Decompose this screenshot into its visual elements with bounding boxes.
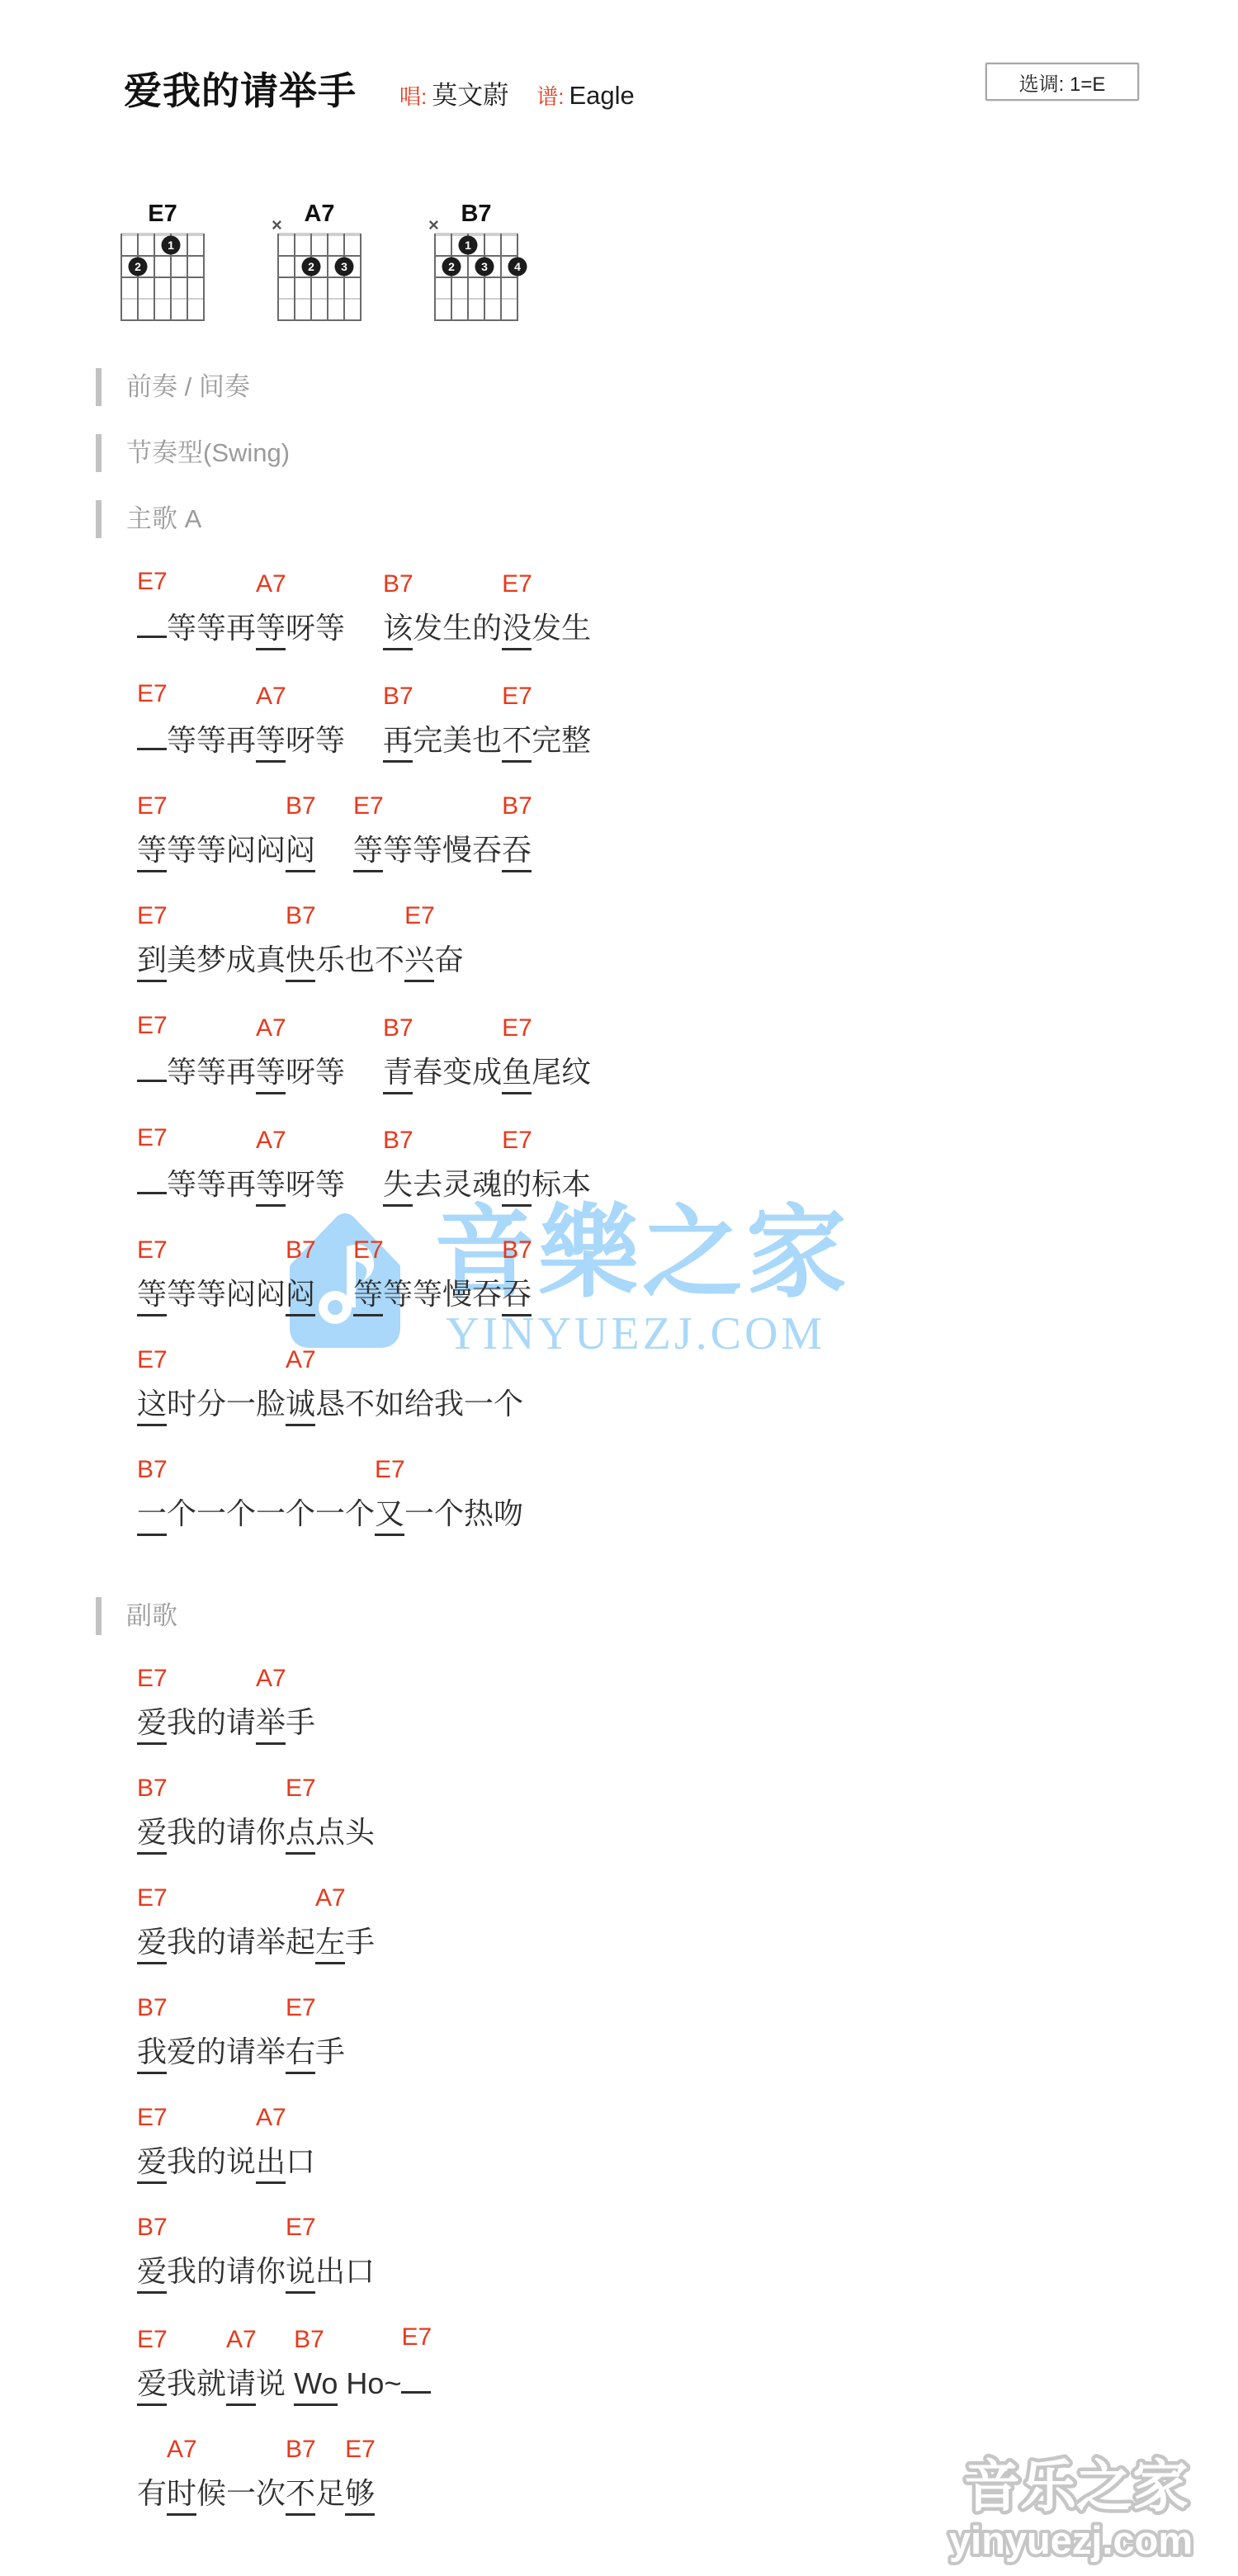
lyric-segment: 恳不如给我一个 <box>315 1386 523 1422</box>
chord-label: A7 <box>167 2437 197 2462</box>
lyric-segment: 没E7 <box>502 610 532 650</box>
lyric-segment: 爱的请举 <box>167 2034 286 2070</box>
chord-label: E7 <box>353 1238 384 1263</box>
lyric-segment: 右E7 <box>286 2034 315 2074</box>
lyric-segment: 爱B7 <box>137 2253 167 2294</box>
lyric-segment: 等A7 <box>256 1166 286 1207</box>
watermark-corner-domain: yinyuezj.com <box>949 2518 1193 2562</box>
lyric-segment: E7 <box>137 720 167 750</box>
lyric-segment: 呀等 <box>286 1054 345 1090</box>
lyric-segment <box>345 630 383 638</box>
lyric-segment: 标本 <box>532 1166 591 1203</box>
lyric-segment: 我就 <box>167 2366 226 2402</box>
lyric-segment: 不B7 <box>286 2475 315 2516</box>
chord-label: E7 <box>137 904 168 929</box>
chord-label: B7 <box>286 794 316 819</box>
lyric-segment: 一B7 <box>137 1496 167 1536</box>
chord-label: A7 <box>315 1886 346 1911</box>
lyric-segment <box>315 852 353 860</box>
lyric-segment: 等A7 <box>256 1054 286 1094</box>
chord-label: E7 <box>502 1128 532 1153</box>
singer-name: 莫文蔚 <box>432 74 508 111</box>
lyric-segment: 请A7 <box>226 2366 256 2406</box>
chord-label: A7 <box>256 684 286 709</box>
section-label: 主歌 A <box>96 500 1238 538</box>
chord-label: B7 <box>137 1996 168 2021</box>
lyric-segment <box>315 1296 353 1304</box>
lyric-segment: 发生 <box>532 610 591 646</box>
lyric-segment: 等等再 <box>167 1166 256 1203</box>
lyric-segment: 我的请你 <box>167 1814 286 1850</box>
lyric-segment: 等A7 <box>256 610 286 650</box>
chord-label: B7 <box>137 2215 168 2240</box>
finger-number: 3 <box>481 260 488 273</box>
chord-label: B7 <box>286 2437 316 2462</box>
chord-label: E7 <box>286 1776 316 1801</box>
muted-string-marker: × <box>428 215 439 235</box>
lyric-segment: 呀等 <box>286 722 345 759</box>
lyric-segment: 青B7 <box>383 1054 413 1094</box>
lyric-segment: 的E7 <box>502 1166 532 1207</box>
lyric-segment: 乐也不 <box>315 942 404 978</box>
finger-number: 1 <box>168 239 174 252</box>
lyric-segment <box>345 1074 383 1082</box>
chord-diagram-label: E7 <box>148 201 177 227</box>
chord-label: E7 <box>404 904 435 929</box>
chord-label: E7 <box>502 684 532 709</box>
lyric-segment: 足 <box>315 2475 345 2512</box>
chord-label: B7 <box>294 2328 324 2352</box>
lyric-segment: 个一个一个一个 <box>167 1496 375 1532</box>
credits: 唱: 莫文蔚 谱: Eagle <box>399 74 635 111</box>
lyric-segment: E7 <box>137 607 167 638</box>
lyric-segment: 呀等 <box>286 610 345 646</box>
finger-number: 1 <box>465 239 471 252</box>
lyric-segment: 呀等 <box>286 1166 345 1203</box>
lyric-line: E7等等再等A7呀等再B7完美也不E7完整 <box>137 680 1238 763</box>
lyric-segment: 尾纹 <box>532 1054 591 1090</box>
lyric-line: 一B7个一个一个一个又E7一个热吻 <box>137 1456 1238 1536</box>
finger-number: 2 <box>448 260 455 273</box>
lyric-segment: 等等闷闷 <box>167 832 286 868</box>
lyric-segment: 点头 <box>315 1814 375 1850</box>
lyric-segment: 又E7 <box>375 1496 404 1536</box>
chord-label: E7 <box>502 572 532 597</box>
lyric-segment: 说E7 <box>286 2253 315 2294</box>
chord-label: E7 <box>401 2325 432 2350</box>
chord-label: A7 <box>256 2106 286 2130</box>
chord-label: B7 <box>286 1238 316 1263</box>
lyric-segment: 我的请 <box>167 1704 256 1741</box>
singer-label: 唱: <box>399 80 427 111</box>
lyric-segment: 候一次 <box>196 2475 286 2512</box>
lyric-segment: 完整 <box>532 722 591 759</box>
lyric-segment: 等等再 <box>167 722 256 759</box>
lyric-segment: 我的说 <box>167 2144 256 2180</box>
chord-label: B7 <box>137 1776 168 1801</box>
lyric-segment: 等等再 <box>167 1054 256 1090</box>
lyric-segment: 爱E7 <box>137 1924 167 1964</box>
chord-label: E7 <box>137 1126 168 1151</box>
chord-label: A7 <box>226 2328 257 2352</box>
chord-label: A7 <box>256 1666 286 1691</box>
lyric-segment: 等等慢吞 <box>383 832 502 868</box>
chord-label: B7 <box>137 1458 168 1482</box>
lyric-segment: 点E7 <box>286 1814 315 1855</box>
chord-label: E7 <box>137 1238 168 1263</box>
lyric-line: 爱B7我的请你点E7点头 <box>137 1775 1238 1855</box>
lyric-line: E7等等再等A7呀等失B7去灵魂的E7标本 <box>137 1124 1238 1207</box>
lyric-line: 爱E7我的请举A7手 <box>137 1665 1238 1745</box>
lyric-segment: 这E7 <box>137 1386 167 1426</box>
chord-label: E7 <box>375 1458 405 1482</box>
chord-label: E7 <box>286 2215 316 2240</box>
lyric-segment <box>345 742 383 750</box>
lyric-segment: 该B7 <box>383 610 413 650</box>
chord-diagram-a7: A7×23 <box>270 198 374 340</box>
chord-label: E7 <box>137 2328 168 2352</box>
tabber-label: 谱: <box>536 80 564 111</box>
lyric-segment: 手 <box>345 1924 375 1960</box>
lyric-segment: 鱼E7 <box>502 1054 532 1094</box>
chord-sheet-page: 音樂之家 YINYUEZJ.COM 音乐之家 yinyuezj.com 爱我的请… <box>0 0 1238 2576</box>
lyric-segment: 口 <box>286 2144 315 2180</box>
lyric-segment: 有 <box>137 2475 167 2512</box>
lyric-segment: 说 <box>256 2366 294 2402</box>
chord-label: A7 <box>286 1348 316 1373</box>
chord-label: E7 <box>137 2106 168 2130</box>
header: 爱我的请举手 唱: 莫文蔚 谱: Eagle <box>124 0 1238 116</box>
lyric-segment: 等A7 <box>256 722 286 763</box>
lyric-segment: 闷B7 <box>286 832 315 872</box>
chord-label: E7 <box>345 2437 376 2462</box>
lyric-line: 爱B7我的请你说E7出口 <box>137 2214 1238 2294</box>
chord-diagram-e7: E712 <box>113 198 217 340</box>
lyric-segment: 吞B7 <box>502 1276 532 1316</box>
chord-diagram-label: B7 <box>461 201 491 227</box>
chord-label: E7 <box>137 1666 168 1691</box>
lyric-segment: 诚A7 <box>286 1386 315 1426</box>
lyric-line: 我B7爱的请举右E7手 <box>137 1994 1238 2074</box>
lyric-line: 等E7等等闷闷闷B7等E7等等慢吞吞B7 <box>137 792 1238 872</box>
song-title: 爱我的请举手 <box>124 61 357 116</box>
chord-label: B7 <box>502 794 532 819</box>
chord-label: E7 <box>137 570 168 594</box>
singer-credit: 唱: 莫文蔚 <box>399 74 508 111</box>
lyric-segment: 等E7 <box>137 1276 167 1316</box>
chord-diagram-b7: B7×1234 <box>427 198 531 340</box>
lyric-segment: E7 <box>137 1164 167 1194</box>
lyric-segment: 完美也 <box>413 722 502 759</box>
lyric-segment: WoB7 <box>294 2366 338 2406</box>
finger-number: 2 <box>135 260 141 273</box>
lyric-segment: 举A7 <box>256 1704 286 1745</box>
lyric-line: 到E7美梦成真快B7乐也不兴E7奋 <box>137 902 1238 982</box>
lyric-segment: 不E7 <box>502 722 532 763</box>
chord-label: E7 <box>353 794 384 819</box>
lyric-segment: E7 <box>137 1052 167 1082</box>
chord-diagrams: E712A7×23B7×1234 <box>113 198 1238 340</box>
finger-number: 2 <box>308 260 314 273</box>
lyric-segment: 出口 <box>315 2253 375 2290</box>
lyric-segment: 爱E7 <box>137 1704 167 1745</box>
section-label: 副歌 <box>96 1597 1238 1635</box>
lyric-line: 爱E7我的说出A7口 <box>137 2104 1238 2184</box>
lyric-line: E7等等再等A7呀等该B7发生的没E7发生 <box>137 568 1238 650</box>
chord-label: E7 <box>137 1886 168 1911</box>
chord-label: A7 <box>256 572 286 597</box>
lyric-segment: 爱B7 <box>137 1814 167 1855</box>
chord-label: B7 <box>502 1238 532 1263</box>
lyric-line: 有时A7候一次不B7足够E7 <box>137 2436 1238 2516</box>
lyric-line: 这E7时分一脸诚A7恳不如给我一个 <box>137 1346 1238 1426</box>
lyric-segment: 失B7 <box>383 1166 413 1207</box>
lyric-segment: 等等慢吞 <box>383 1276 502 1312</box>
lyric-segment: 吞B7 <box>502 832 532 872</box>
lyric-segment: 等E7 <box>137 832 167 872</box>
lyric-segment: 爱E7 <box>137 2366 167 2406</box>
section-label: 前奏 / 间奏 <box>96 368 1238 406</box>
lyric-segment: 再B7 <box>383 722 413 763</box>
chord-label: A7 <box>256 1128 286 1153</box>
lyric-segment: 等E7 <box>353 832 383 872</box>
muted-string-marker: × <box>272 215 282 235</box>
chord-label: E7 <box>502 1016 532 1041</box>
lyric-segment: 一个热吻 <box>404 1496 523 1532</box>
lyric-segment: 出A7 <box>256 2144 286 2184</box>
chord-label: B7 <box>286 904 316 929</box>
lyric-segment: 等等再 <box>167 610 256 646</box>
lyric-segment: 快B7 <box>286 942 315 982</box>
lyric-line: 爱E7我的请举起左A7手 <box>137 1884 1238 1964</box>
lyric-segment: 时A7 <box>167 2475 196 2516</box>
lyric-segment: Ho~ <box>338 2366 401 2402</box>
lyric-segment: 等等闷闷 <box>167 1276 286 1312</box>
lyric-line: 等E7等等闷闷闷B7等E7等等慢吞吞B7 <box>137 1236 1238 1316</box>
chord-label: A7 <box>256 1016 286 1041</box>
chord-label: E7 <box>137 794 168 819</box>
chord-label: B7 <box>383 572 413 597</box>
song-body: 前奏 / 间奏节奏型(Swing)主歌 AE7等等再等A7呀等该B7发生的没E7… <box>0 368 1238 2516</box>
finger-number: 4 <box>514 260 521 273</box>
lyric-segment: 我的请你 <box>167 2253 286 2290</box>
lyric-segment <box>345 1186 383 1194</box>
lyric-segment: 春变成 <box>413 1054 502 1090</box>
lyric-segment: 发生的 <box>413 610 502 646</box>
tabber-credit: 谱: Eagle <box>536 80 635 111</box>
lyric-segment: 够E7 <box>345 2475 375 2516</box>
lyric-segment: 到E7 <box>137 942 167 982</box>
lyric-line: 爱E7我就请A7说 WoB7 Ho~E7 <box>137 2323 1238 2406</box>
lyric-segment: 我B7 <box>137 2034 167 2074</box>
lyric-segment: 去灵魂 <box>413 1166 502 1203</box>
lyric-segment: 美梦成真 <box>167 942 286 978</box>
lyric-segment: 手 <box>286 1704 315 1741</box>
lyric-segment: 闷B7 <box>286 1276 315 1316</box>
section-label: 节奏型(Swing) <box>96 434 1238 472</box>
lyric-segment: 我的请举起 <box>167 1924 315 1960</box>
chord-diagram-label: A7 <box>304 201 334 227</box>
chord-label: E7 <box>137 682 168 707</box>
lyric-segment: 兴E7 <box>404 942 434 982</box>
lyric-segment: E7 <box>401 2363 431 2394</box>
lyric-segment: 手 <box>315 2034 345 2070</box>
chord-label: E7 <box>286 1996 316 2021</box>
lyric-segment: 奋 <box>434 942 464 978</box>
lyric-segment: 时分一脸 <box>167 1386 286 1422</box>
lyric-segment: 爱E7 <box>137 2144 167 2184</box>
tabber-name: Eagle <box>569 81 634 111</box>
chord-label: E7 <box>137 1348 168 1373</box>
chord-label: B7 <box>383 1016 413 1041</box>
lyric-segment: 左A7 <box>315 1924 345 1964</box>
chord-label: B7 <box>383 684 413 709</box>
finger-number: 3 <box>341 260 347 273</box>
lyric-line: E7等等再等A7呀等青B7春变成鱼E7尾纹 <box>137 1012 1238 1094</box>
chord-label: B7 <box>383 1128 413 1153</box>
chord-label: E7 <box>137 1014 168 1038</box>
lyric-segment: 等E7 <box>353 1276 383 1316</box>
